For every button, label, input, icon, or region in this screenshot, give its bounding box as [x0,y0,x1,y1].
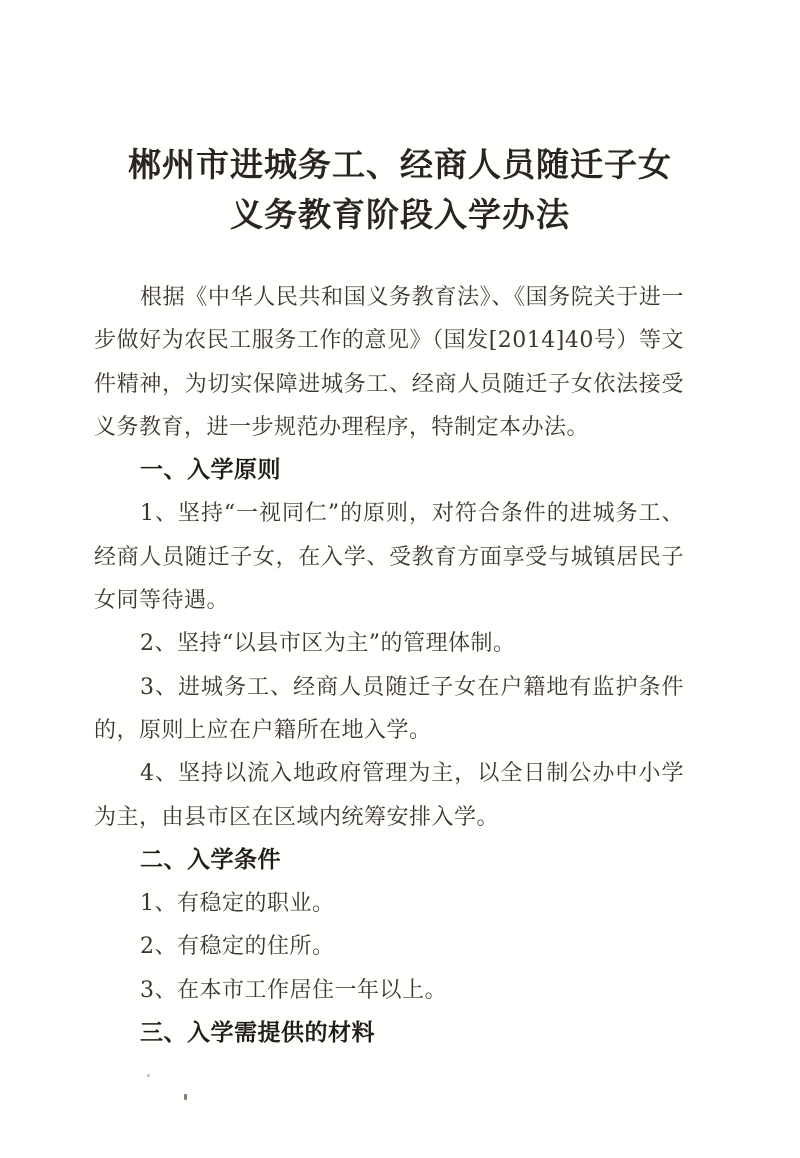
intro-paragraph: 根据《中华人民共和国义务教育法》、《国务院关于进一步做好为农民工服务工作的意见》… [94,276,684,449]
scan-dust-speck [184,1094,187,1100]
scanned-document-page: 郴州市进城务工、经商人员随迁子女 义务教育阶段入学办法 根据《中华人民共和国义务… [0,0,800,1158]
section-heading-required-materials: 三、入学需提供的材料 [94,1012,684,1055]
document-body: 根据《中华人民共和国义务教育法》、《国务院关于进一步做好为农民工服务工作的意见》… [94,276,684,1055]
section-heading-enrollment-principles: 一、入学原则 [94,449,684,492]
principle-item-2: 2、坚持“以县市区为主”的管理体制。 [94,622,684,665]
principle-item-1: 1、坚持“一视同仁”的原则，对符合条件的进城务工、经商人员随迁子女，在入学、受教… [94,492,684,622]
condition-item-3: 3、在本市工作居住一年以上。 [94,969,684,1012]
document-title-line-1: 郴州市进城务工、经商人员随迁子女 [0,140,800,190]
principle-item-4: 4、坚持以流入地政府管理为主，以全日制公办中小学为主，由县市区在区域内统筹安排入… [94,752,684,839]
principle-item-3: 3、进城务工、经商人员随迁子女在户籍地有监护条件的，原则上应在户籍所在地入学。 [94,666,684,753]
condition-item-2: 2、有稳定的住所。 [94,925,684,968]
document-title-line-2: 义务教育阶段入学办法 [0,190,800,240]
condition-item-1: 1、有稳定的职业。 [94,882,684,925]
scan-dust-speck [147,1074,150,1077]
document-title: 郴州市进城务工、经商人员随迁子女 义务教育阶段入学办法 [0,140,800,240]
section-heading-enrollment-conditions: 二、入学条件 [94,839,684,882]
